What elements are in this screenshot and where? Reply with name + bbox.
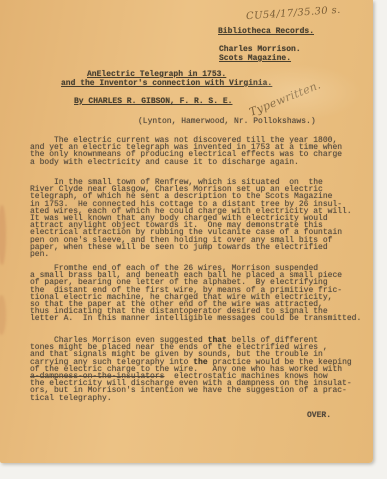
document-title-line2: and the Inventor's connection with Virgi… [61, 79, 272, 88]
typed-line: pen. [30, 251, 370, 258]
scanned-document-page: CU54/17/35.30 s. Bibliotheca Records. Ch… [0, 0, 373, 463]
header-collection-label: Bibliotheca Records. [218, 27, 314, 36]
body-paragraph-4: Charles Morrison even suggested that bel… [30, 337, 370, 402]
paper-stain [0, 205, 6, 265]
typed-line: letter A. In this manner intelligible me… [30, 315, 370, 322]
author-location: (Lynton, Hamerwood, Nr. Pollokshaws.) [138, 117, 316, 126]
body-paragraph-2: In the small town of Renfrew, which is s… [30, 179, 370, 258]
paper-stain [0, 295, 6, 335]
typed-line: a body with electricity and cause it to … [30, 159, 370, 166]
typed-line: tical telegraphy. [30, 395, 370, 402]
handwritten-reference-number: CU54/17/35.30 s. [246, 5, 341, 23]
typed-line: paper, when these will be seen to jump t… [30, 244, 370, 251]
header-subject-label: Charles Morrison. [219, 45, 301, 54]
author-byline: By CHARLES R. GIBSON, F. R. S. E. [74, 97, 232, 106]
body-paragraph-1: The electric current was not discovered … [30, 137, 370, 166]
over-label: OVER. [307, 411, 331, 420]
document-title-line1: AnElectric Telegraph in 1753. [87, 70, 226, 79]
header-source-label: Scots Magazine. [219, 54, 291, 63]
body-paragraph-3: Fromthe end of each of the 26 wires, Mor… [30, 265, 370, 323]
